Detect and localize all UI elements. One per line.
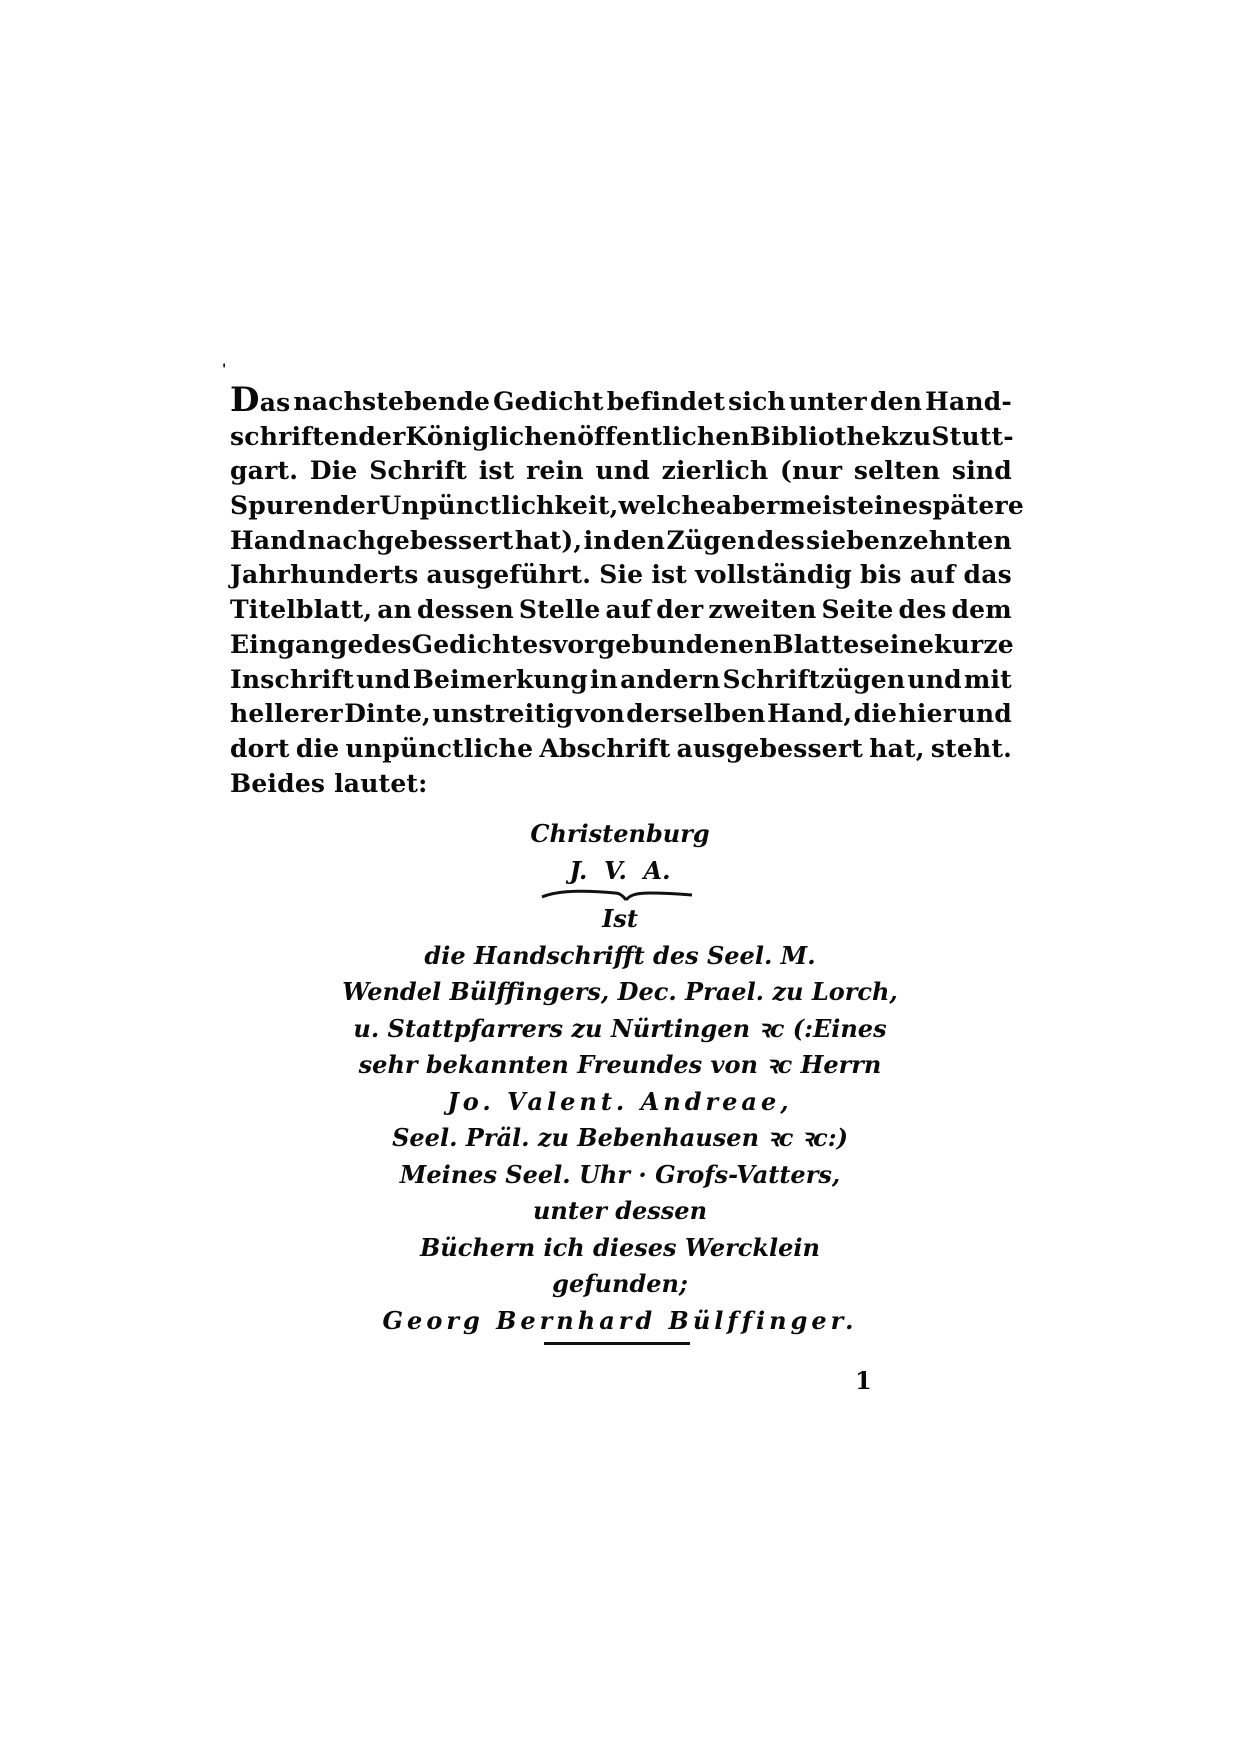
drop-cap: D	[230, 380, 260, 420]
curly-brace-ornament	[540, 885, 694, 903]
inscription-line: Ist	[330, 901, 910, 938]
inscription-line: Meines Seel. Uhr · Grofs-Vatters,	[330, 1157, 910, 1194]
closing-rule	[544, 1342, 690, 1345]
first-word: Das	[230, 385, 290, 420]
prose-line: Eingange des Gedichtes vorgebundenen Bla…	[230, 628, 1012, 663]
prose-line: hellerer Dinte, unstreitig von derselben…	[230, 697, 1012, 732]
page-number: 1	[855, 1366, 872, 1395]
stray-mark: '	[222, 363, 226, 377]
inscription-line: Jo. Valent. Andreae,	[330, 1084, 910, 1121]
inscription-line: u. Stattpfarrers zu Nürtingen ꝛc (:Eines	[330, 1011, 910, 1048]
prose-line: Beides lautet:	[230, 767, 1012, 802]
inscription-line: die Handschrifft des Seel. M.	[330, 938, 910, 975]
prose-line: Hand nachgebessert hat), in den Zügen de…	[230, 524, 1012, 559]
inscription-initials: J. V. A.	[330, 853, 910, 890]
prose-line: gart. Die Schrift ist rein und zierlich …	[230, 454, 1012, 489]
inscription-line: unter dessen	[330, 1193, 910, 1230]
inscription-line: gefunden;	[330, 1266, 910, 1303]
inscription-line: sehr bekannten Freundes von ꝛc Herrn	[330, 1047, 910, 1084]
prose-line: dort die unpünctliche Abschrift ausgebes…	[230, 732, 1012, 767]
inscription-line: Seel. Präl. zu Bebenhausen ꝛc ꝛc:)	[330, 1120, 910, 1157]
prose-line: schriften der Königlichen öffentlichen B…	[230, 420, 1012, 455]
inscription-signature: Georg Bernhard Bülffinger.	[330, 1303, 910, 1340]
introductory-paragraph: Das nachstebende Gedicht befindet sich u…	[230, 385, 1012, 801]
prose-line: Das nachstebende Gedicht befindet sich u…	[230, 385, 1012, 420]
prose-line: Titelblatt, an dessen Stelle auf der zwe…	[230, 593, 1012, 628]
prose-line: Spuren der Unpünctlichkeit, welche aber …	[230, 489, 1012, 524]
inscription-line: Christenburg	[330, 816, 910, 853]
inscription-line: Büchern ich dieses Wercklein	[330, 1230, 910, 1267]
inscription-line: Wendel Bülffingers, Dec. Prael. zu Lorch…	[330, 974, 910, 1011]
prose-line: Inschrift und Beimerkung in andern Schri…	[230, 663, 1012, 698]
prose-line: Jahrhunderts ausgeführt. Sie ist vollstä…	[230, 558, 1012, 593]
